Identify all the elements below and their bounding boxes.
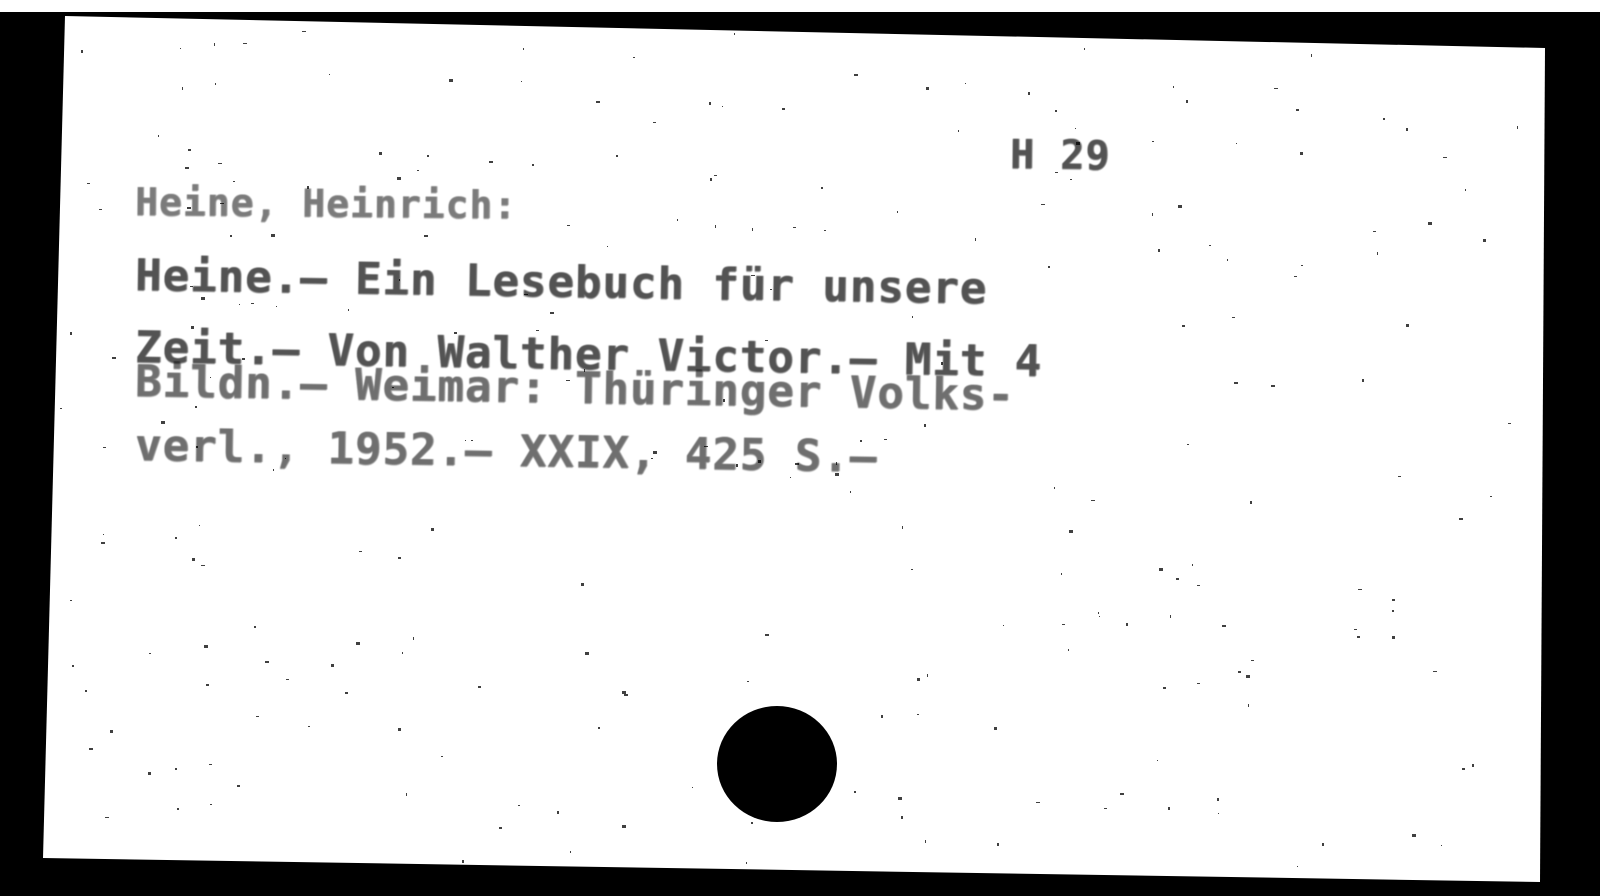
speck bbox=[1217, 798, 1219, 801]
speck bbox=[462, 860, 464, 863]
speck bbox=[917, 714, 919, 715]
speck bbox=[149, 653, 151, 654]
speck bbox=[1091, 500, 1095, 501]
speck bbox=[1197, 683, 1200, 684]
speck bbox=[204, 645, 208, 648]
speck bbox=[570, 851, 571, 853]
speck bbox=[87, 183, 90, 184]
speck bbox=[1182, 325, 1185, 327]
speck bbox=[1459, 518, 1463, 520]
speck bbox=[1462, 768, 1465, 770]
speck bbox=[397, 177, 401, 180]
speck bbox=[1232, 317, 1235, 318]
speck bbox=[1126, 623, 1128, 626]
speck bbox=[112, 357, 116, 359]
speck bbox=[1163, 687, 1166, 689]
speck bbox=[596, 101, 600, 103]
speck bbox=[348, 309, 349, 311]
speck bbox=[254, 626, 256, 628]
speck bbox=[417, 170, 419, 171]
speck bbox=[215, 83, 216, 85]
speck bbox=[1178, 205, 1182, 208]
speck bbox=[836, 462, 837, 465]
speck bbox=[710, 178, 712, 181]
speck bbox=[536, 330, 539, 331]
speck bbox=[607, 246, 608, 247]
speck bbox=[1428, 222, 1432, 225]
speck bbox=[70, 600, 72, 601]
speck bbox=[1120, 793, 1124, 795]
speck bbox=[101, 542, 105, 544]
speck bbox=[1055, 172, 1058, 173]
speck bbox=[427, 155, 429, 157]
speck bbox=[782, 108, 785, 110]
speck bbox=[359, 551, 362, 552]
scanned-catalog-card: H 29 Heine, Heinrich: Heine.– Ein Lesebu… bbox=[0, 0, 1600, 896]
speck bbox=[307, 186, 309, 189]
speck bbox=[1472, 764, 1474, 767]
speck bbox=[1098, 612, 1099, 614]
speck bbox=[521, 81, 522, 82]
punch-hole-icon bbox=[717, 706, 837, 822]
speck bbox=[653, 122, 656, 123]
speck bbox=[1041, 204, 1045, 205]
speck bbox=[201, 297, 205, 300]
speck bbox=[210, 804, 212, 805]
speck bbox=[1271, 385, 1275, 387]
speck bbox=[901, 816, 903, 819]
speck bbox=[379, 152, 382, 155]
speck bbox=[1075, 128, 1076, 129]
speck bbox=[736, 464, 738, 467]
speck bbox=[1274, 88, 1278, 89]
speck bbox=[1152, 213, 1153, 216]
speck bbox=[177, 808, 179, 810]
speck bbox=[214, 43, 215, 46]
speck bbox=[835, 473, 839, 476]
speck bbox=[1176, 578, 1179, 580]
speck bbox=[398, 728, 401, 731]
speck bbox=[622, 825, 626, 828]
speck bbox=[704, 446, 708, 447]
speck bbox=[1392, 599, 1395, 601]
speck bbox=[399, 279, 400, 281]
speck bbox=[1301, 265, 1303, 266]
speck bbox=[881, 715, 883, 718]
speck bbox=[276, 306, 277, 307]
speck bbox=[821, 187, 823, 189]
speck bbox=[1068, 649, 1069, 651]
speck bbox=[1296, 109, 1299, 111]
speck bbox=[624, 694, 628, 696]
speck bbox=[237, 785, 240, 787]
speck bbox=[1443, 157, 1447, 158]
speck bbox=[478, 686, 481, 688]
speck bbox=[746, 862, 747, 864]
speck bbox=[1433, 671, 1437, 672]
speck bbox=[633, 57, 635, 58]
speck bbox=[1062, 624, 1065, 625]
speck bbox=[1406, 324, 1409, 327]
speck bbox=[994, 727, 997, 730]
speck bbox=[1055, 110, 1057, 112]
speck bbox=[1099, 616, 1100, 617]
speck bbox=[286, 679, 289, 680]
speck bbox=[72, 665, 74, 667]
speck bbox=[210, 377, 211, 378]
speck bbox=[860, 440, 862, 442]
speck bbox=[1187, 444, 1189, 445]
speck bbox=[356, 642, 360, 645]
speck bbox=[1251, 660, 1254, 661]
speck bbox=[1168, 807, 1170, 810]
speck bbox=[1104, 808, 1107, 809]
speck bbox=[103, 447, 106, 448]
speck bbox=[256, 716, 259, 717]
speck bbox=[413, 637, 414, 640]
speck bbox=[239, 304, 240, 305]
speck bbox=[1358, 589, 1362, 590]
speck bbox=[1218, 813, 1219, 814]
speck bbox=[1061, 573, 1062, 575]
call-number: H 29 bbox=[1010, 132, 1111, 179]
speck bbox=[1354, 629, 1357, 630]
speck bbox=[188, 149, 191, 151]
speck bbox=[941, 362, 943, 365]
speck bbox=[251, 303, 254, 304]
speck bbox=[598, 727, 600, 729]
speck bbox=[1170, 615, 1171, 618]
speck bbox=[242, 358, 245, 360]
speck bbox=[566, 380, 570, 381]
speck bbox=[752, 228, 753, 231]
speck bbox=[308, 726, 310, 727]
speck bbox=[185, 167, 189, 169]
speck bbox=[190, 286, 193, 287]
speck bbox=[81, 50, 83, 53]
speck bbox=[1069, 530, 1073, 533]
speck bbox=[751, 822, 753, 824]
speck bbox=[1158, 249, 1160, 252]
speck bbox=[1294, 276, 1297, 277]
speck bbox=[1192, 564, 1193, 566]
speck bbox=[1054, 487, 1055, 489]
speck bbox=[723, 399, 725, 402]
speck bbox=[99, 209, 102, 210]
speck bbox=[110, 730, 113, 733]
speck bbox=[161, 421, 165, 424]
speck bbox=[424, 235, 428, 237]
speck bbox=[243, 43, 247, 44]
speck bbox=[1159, 568, 1163, 571]
entry-line-4: verl., 1952.– XXIX, 425 S.– bbox=[135, 420, 878, 483]
speck bbox=[331, 664, 334, 667]
speck bbox=[975, 238, 976, 241]
speck bbox=[1157, 760, 1158, 761]
speck bbox=[1070, 179, 1072, 180]
speck bbox=[917, 678, 920, 681]
speck bbox=[958, 130, 959, 132]
speck bbox=[581, 583, 584, 586]
speck bbox=[793, 227, 796, 228]
speck bbox=[85, 690, 87, 692]
speck bbox=[1222, 625, 1226, 627]
speck bbox=[734, 33, 735, 35]
speck bbox=[1517, 126, 1518, 129]
speck bbox=[220, 203, 224, 204]
speck bbox=[714, 175, 717, 176]
speck bbox=[518, 805, 520, 806]
speck bbox=[471, 440, 473, 441]
speck bbox=[182, 87, 183, 90]
speck bbox=[824, 230, 826, 231]
speck bbox=[884, 439, 887, 440]
speck bbox=[1003, 625, 1004, 626]
speck bbox=[770, 289, 772, 290]
speck bbox=[230, 235, 232, 237]
speck bbox=[1392, 636, 1395, 639]
speck bbox=[1076, 142, 1080, 145]
speck bbox=[271, 234, 275, 237]
speck bbox=[1398, 476, 1401, 477]
speck bbox=[692, 787, 693, 788]
speck bbox=[532, 164, 534, 166]
speck bbox=[329, 74, 330, 75]
speck bbox=[1297, 866, 1298, 867]
speck bbox=[201, 565, 205, 566]
speck bbox=[790, 477, 791, 478]
speck bbox=[850, 491, 851, 493]
speck bbox=[402, 652, 403, 654]
speck bbox=[180, 48, 181, 49]
speck bbox=[897, 211, 898, 213]
speck bbox=[392, 387, 394, 388]
speck bbox=[233, 181, 235, 182]
speck bbox=[1383, 118, 1385, 120]
speck bbox=[199, 525, 200, 526]
speck bbox=[187, 207, 191, 209]
speck bbox=[148, 772, 151, 775]
speck bbox=[795, 463, 799, 465]
speck bbox=[406, 793, 407, 796]
speck bbox=[1373, 231, 1376, 232]
speck bbox=[523, 48, 524, 50]
speck bbox=[524, 294, 528, 295]
speck bbox=[567, 225, 570, 226]
speck bbox=[1412, 834, 1416, 837]
speck bbox=[997, 843, 999, 846]
speck bbox=[1152, 141, 1154, 142]
speck bbox=[441, 756, 443, 757]
speck bbox=[965, 83, 966, 84]
speck bbox=[70, 332, 72, 335]
speck bbox=[1300, 152, 1303, 155]
speck bbox=[1322, 843, 1324, 846]
speck bbox=[1048, 266, 1050, 268]
speck bbox=[651, 458, 653, 459]
speck bbox=[1084, 48, 1085, 50]
speck bbox=[1508, 423, 1511, 424]
speck bbox=[616, 155, 618, 157]
speck bbox=[1186, 100, 1188, 103]
speck bbox=[911, 569, 913, 570]
speck bbox=[158, 135, 159, 137]
speck bbox=[175, 768, 177, 770]
speck bbox=[1250, 501, 1252, 504]
scan-top-margin bbox=[0, 0, 1600, 12]
speck bbox=[722, 106, 723, 107]
speck bbox=[1483, 239, 1486, 242]
speck bbox=[1227, 259, 1228, 261]
speck bbox=[191, 326, 194, 329]
speck bbox=[1480, 37, 1483, 40]
speck bbox=[926, 87, 929, 90]
speck bbox=[1028, 92, 1030, 95]
speck bbox=[60, 408, 62, 409]
speck bbox=[1357, 636, 1360, 638]
speck bbox=[747, 681, 749, 682]
speck bbox=[499, 827, 502, 829]
speck bbox=[105, 817, 109, 818]
speck bbox=[924, 424, 926, 427]
speck bbox=[927, 674, 928, 677]
speck bbox=[1209, 245, 1211, 246]
speck bbox=[218, 163, 222, 164]
speck bbox=[196, 446, 198, 448]
speck bbox=[1441, 845, 1442, 846]
speck bbox=[1197, 585, 1200, 586]
speck bbox=[1362, 379, 1364, 382]
speck bbox=[489, 161, 493, 163]
speck bbox=[925, 840, 926, 843]
speck bbox=[273, 469, 274, 471]
speck bbox=[1246, 675, 1250, 678]
speck bbox=[1173, 86, 1174, 88]
speck bbox=[191, 862, 194, 864]
speck bbox=[265, 661, 269, 663]
speck bbox=[302, 31, 306, 32]
speck bbox=[175, 537, 177, 539]
speck bbox=[854, 74, 858, 76]
speck bbox=[431, 528, 434, 531]
speck bbox=[653, 451, 657, 454]
author-heading: Heine, Heinrich: bbox=[135, 180, 517, 227]
speck bbox=[709, 102, 711, 105]
speck bbox=[1465, 189, 1466, 191]
speck bbox=[584, 369, 585, 372]
speck bbox=[449, 79, 453, 82]
entry-line-1: Heine.– Ein Lesebuch für unsere bbox=[135, 250, 988, 314]
speck bbox=[715, 225, 716, 228]
speck bbox=[912, 316, 913, 318]
speck bbox=[398, 557, 401, 559]
speck bbox=[285, 458, 286, 459]
speck bbox=[195, 406, 197, 408]
speck bbox=[622, 691, 626, 694]
speck bbox=[765, 340, 768, 341]
speck bbox=[765, 634, 769, 636]
speck bbox=[677, 219, 678, 221]
speck bbox=[103, 534, 104, 535]
speck bbox=[1392, 610, 1394, 612]
speck bbox=[1311, 54, 1312, 57]
speck bbox=[902, 526, 903, 529]
speck bbox=[454, 332, 457, 334]
speck bbox=[1490, 496, 1492, 497]
speck bbox=[1236, 143, 1237, 144]
speck bbox=[1248, 704, 1249, 707]
speck bbox=[206, 684, 209, 686]
speck bbox=[1512, 43, 1513, 45]
speck bbox=[929, 33, 931, 34]
speck bbox=[345, 692, 348, 694]
speck bbox=[209, 764, 212, 765]
speck bbox=[465, 440, 466, 441]
speck bbox=[89, 748, 93, 750]
speck bbox=[192, 558, 195, 561]
speck bbox=[1406, 128, 1408, 131]
speck bbox=[1238, 671, 1241, 673]
speck bbox=[1036, 802, 1040, 803]
speck bbox=[854, 791, 856, 793]
speck bbox=[898, 797, 902, 800]
speck bbox=[1377, 252, 1378, 255]
speck bbox=[1234, 382, 1238, 384]
speck bbox=[550, 312, 554, 314]
speck bbox=[557, 811, 559, 814]
speck bbox=[758, 460, 761, 463]
speck bbox=[751, 275, 755, 276]
speck bbox=[585, 652, 589, 655]
